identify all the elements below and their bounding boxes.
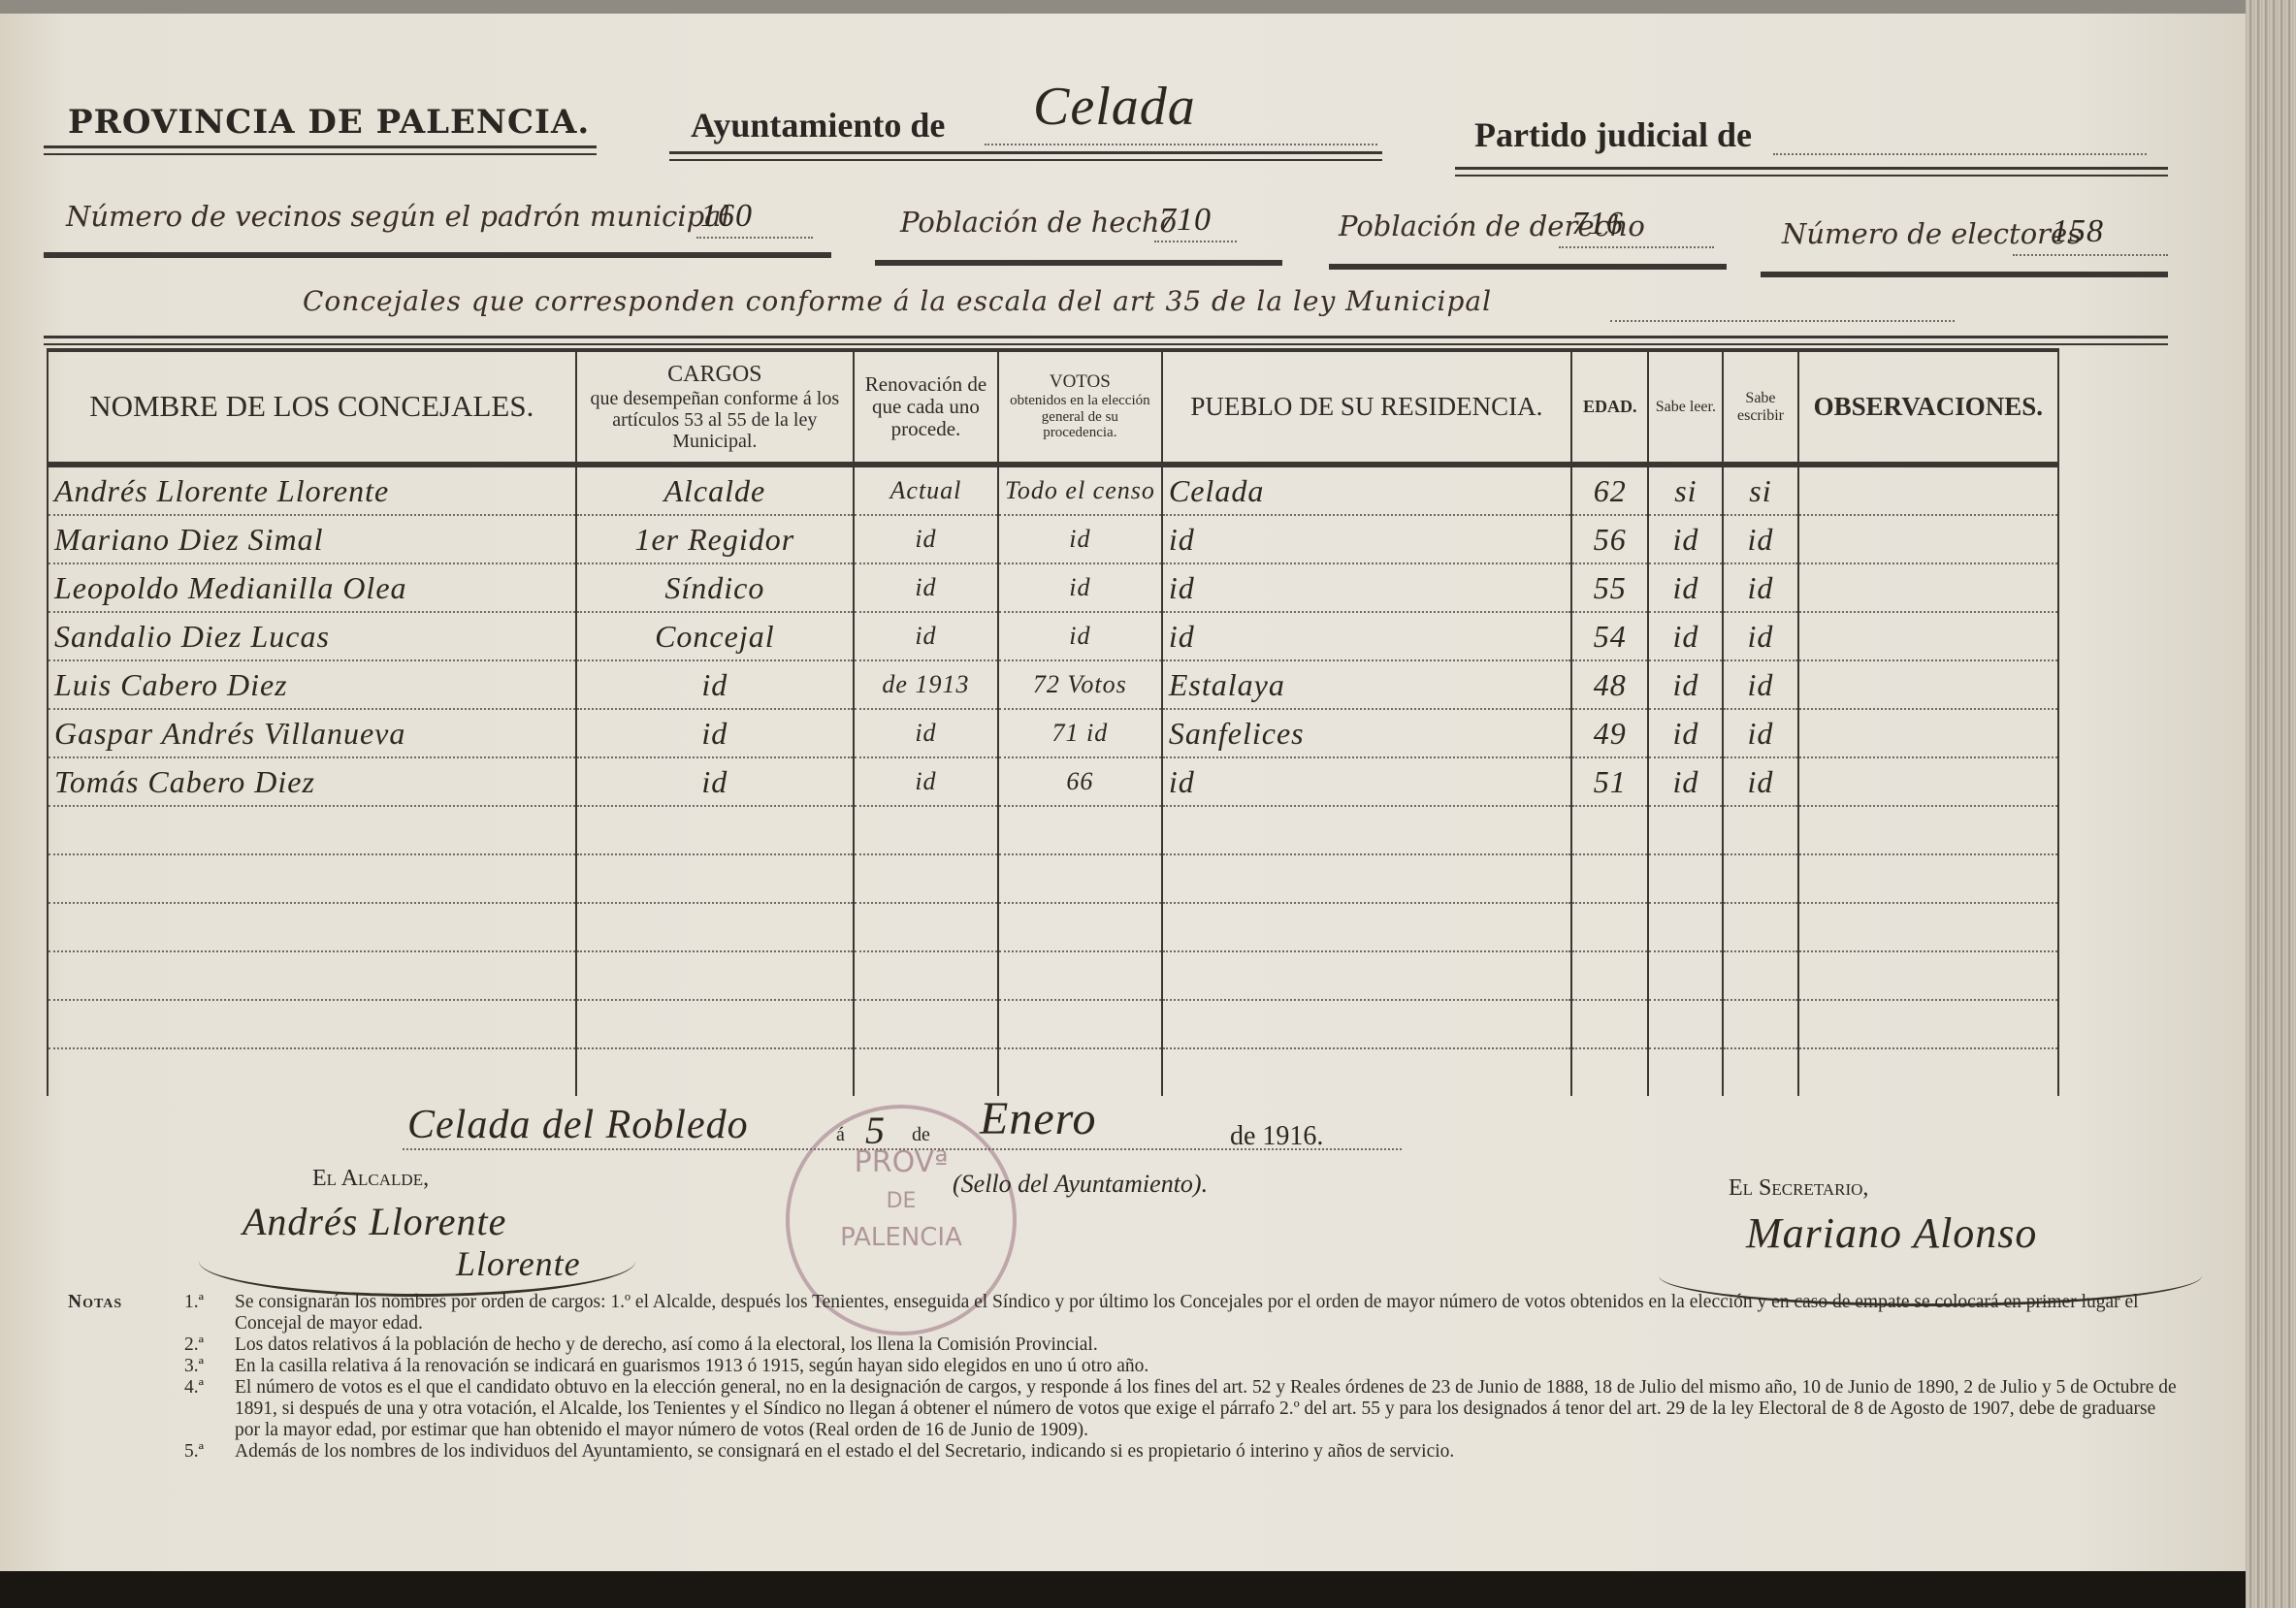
table-row: Leopoldo Medianilla OleaSíndicoididid55i… xyxy=(48,563,2058,612)
col-escribir: Sabe escribir xyxy=(1723,350,1797,465)
cell-leer xyxy=(1648,1048,1723,1096)
note-text: En la casilla relativa á la renovación s… xyxy=(235,1356,2183,1377)
cell-edad xyxy=(1571,951,1649,1000)
cell-obs xyxy=(1798,563,2058,612)
cell-leer: si xyxy=(1648,465,1723,515)
cell-cargo: Alcalde xyxy=(576,465,855,515)
cell-pueblo xyxy=(1162,1000,1571,1048)
notes-section: Notas 1.ª Se consignarán los nombres por… xyxy=(68,1292,2183,1463)
cell-leer xyxy=(1648,806,1723,854)
cell-nombre: Tomás Cabero Diez xyxy=(48,757,576,806)
col-observaciones: OBSERVACIONES. xyxy=(1798,350,2058,465)
cell-renovacion xyxy=(854,951,998,1000)
col-pueblo: PUEBLO DE SU RESIDENCIA. xyxy=(1162,350,1571,465)
cell-pueblo xyxy=(1162,806,1571,854)
divider xyxy=(44,252,831,258)
hecho-dots xyxy=(1154,239,1237,242)
alcalde-label: El Alcalde, xyxy=(312,1166,429,1192)
cell-renovacion: id xyxy=(854,563,998,612)
cell-pueblo: id xyxy=(1162,612,1571,660)
col-nombre: NOMBRE DE LOS CONCEJALES. xyxy=(48,350,576,465)
cell-cargo: id xyxy=(576,709,855,757)
cell-votos: id xyxy=(998,515,1162,563)
cell-obs xyxy=(1798,709,2058,757)
cell-cargo xyxy=(576,806,855,854)
table-row xyxy=(48,1048,2058,1096)
cell-votos: Todo el censo xyxy=(998,465,1162,515)
cell-votos xyxy=(998,854,1162,903)
cell-pueblo xyxy=(1162,854,1571,903)
cell-escribir xyxy=(1723,903,1797,951)
cell-obs xyxy=(1798,612,2058,660)
note-item: 4.ª El número de votos es el que el cand… xyxy=(68,1377,2183,1441)
note-item: 5.ª Además de los nombres de los individ… xyxy=(68,1441,2183,1463)
cell-escribir: si xyxy=(1723,465,1797,515)
cell-edad: 49 xyxy=(1571,709,1649,757)
cell-cargo xyxy=(576,903,855,951)
table-row xyxy=(48,951,2058,1000)
cell-escribir: id xyxy=(1723,757,1797,806)
cell-pueblo xyxy=(1162,1048,1571,1096)
cell-cargo: id xyxy=(576,757,855,806)
cell-escribir xyxy=(1723,951,1797,1000)
divider xyxy=(44,145,597,155)
cell-obs xyxy=(1798,465,2058,515)
cell-renovacion: id xyxy=(854,757,998,806)
cell-renovacion xyxy=(854,903,998,951)
divider xyxy=(1329,264,1727,270)
hecho-value: 710 xyxy=(1159,202,1212,239)
col-edad: EDAD. xyxy=(1571,350,1649,465)
cell-obs xyxy=(1798,806,2058,854)
cell-leer: id xyxy=(1648,709,1723,757)
dateline-year: de 1916. xyxy=(1230,1121,1323,1152)
cell-obs xyxy=(1798,660,2058,709)
cell-cargo: id xyxy=(576,660,855,709)
cell-obs xyxy=(1798,951,2058,1000)
dateline-place: Celada del Robledo xyxy=(407,1102,749,1148)
partido-label: Partido judicial de xyxy=(1474,114,1752,155)
cell-leer: id xyxy=(1648,612,1723,660)
cell-renovacion xyxy=(854,1048,998,1096)
cell-edad: 55 xyxy=(1571,563,1649,612)
cell-cargo: 1er Regidor xyxy=(576,515,855,563)
notes-label: Notas xyxy=(68,1292,184,1335)
table-row: Gaspar Andrés Villanuevaidid71 idSanfeli… xyxy=(48,709,2058,757)
cell-cargo xyxy=(576,1048,855,1096)
note-number: 2.ª xyxy=(184,1335,235,1356)
cell-leer xyxy=(1648,854,1723,903)
cell-votos: id xyxy=(998,612,1162,660)
cell-votos: 71 id xyxy=(998,709,1162,757)
cell-escribir xyxy=(1723,854,1797,903)
cell-votos xyxy=(998,1000,1162,1048)
cell-renovacion: id xyxy=(854,515,998,563)
cell-nombre xyxy=(48,806,576,854)
concejales-scale-line: Concejales que corresponden conforme á l… xyxy=(303,285,1492,317)
cell-nombre xyxy=(48,854,576,903)
table-row xyxy=(48,854,2058,903)
cell-cargo: Síndico xyxy=(576,563,855,612)
cell-pueblo xyxy=(1162,903,1571,951)
cell-renovacion: de 1913 xyxy=(854,660,998,709)
cell-renovacion xyxy=(854,854,998,903)
cell-renovacion xyxy=(854,1000,998,1048)
hecho-label: Población de hecho xyxy=(900,206,1177,239)
cell-edad xyxy=(1571,854,1649,903)
cell-pueblo: id xyxy=(1162,563,1571,612)
cell-renovacion: Actual xyxy=(854,465,998,515)
col-renovacion: Renovación de que cada uno procede. xyxy=(854,350,998,465)
cell-escribir: id xyxy=(1723,515,1797,563)
cell-cargo xyxy=(576,1000,855,1048)
cell-votos: 72 Votos xyxy=(998,660,1162,709)
cell-cargo xyxy=(576,854,855,903)
cell-obs xyxy=(1798,1000,2058,1048)
cell-escribir: id xyxy=(1723,612,1797,660)
cell-leer xyxy=(1648,1000,1723,1048)
col-cargos-title: CARGOS xyxy=(581,362,850,387)
divider xyxy=(1455,167,2168,177)
cell-votos: id xyxy=(998,563,1162,612)
table-row: Sandalio Diez LucasConcejalididid54idid xyxy=(48,612,2058,660)
electores-dots xyxy=(2013,252,2168,256)
vecinos-dots xyxy=(696,235,813,239)
derecho-dots xyxy=(1559,244,1714,248)
cell-edad: 62 xyxy=(1571,465,1649,515)
cell-obs xyxy=(1798,903,2058,951)
cell-nombre xyxy=(48,1048,576,1096)
seal-caption: (Sello del Ayuntamiento). xyxy=(953,1170,1208,1199)
cell-escribir: id xyxy=(1723,660,1797,709)
cell-leer: id xyxy=(1648,563,1723,612)
cell-escribir xyxy=(1723,806,1797,854)
note-item: Notas 1.ª Se consignarán los nombres por… xyxy=(68,1292,2183,1335)
col-votos-title: VOTOS xyxy=(1003,372,1157,393)
cell-nombre: Leopoldo Medianilla Olea xyxy=(48,563,576,612)
note-number: 3.ª xyxy=(184,1356,235,1377)
cell-nombre xyxy=(48,903,576,951)
cell-obs xyxy=(1798,515,2058,563)
cell-renovacion: id xyxy=(854,612,998,660)
cell-edad: 48 xyxy=(1571,660,1649,709)
derecho-value: 716 xyxy=(1571,206,1624,242)
cell-votos xyxy=(998,1048,1162,1096)
alcalde-flourish xyxy=(199,1226,635,1297)
cell-nombre: Mariano Diez Simal xyxy=(48,515,576,563)
cell-leer: id xyxy=(1648,660,1723,709)
cell-edad: 51 xyxy=(1571,757,1649,806)
province-title: PROVINCIA DE PALENCIA. xyxy=(68,103,590,142)
divider xyxy=(669,151,1382,161)
table-row: Mariano Diez Simal1er Regidorididid56idi… xyxy=(48,515,2058,563)
cell-renovacion: id xyxy=(854,709,998,757)
cell-nombre: Sandalio Diez Lucas xyxy=(48,612,576,660)
table-row: Andrés Llorente LlorenteAlcaldeActualTod… xyxy=(48,465,2058,515)
concejales-dots xyxy=(1610,318,1955,322)
cell-escribir: id xyxy=(1723,709,1797,757)
table-row: Tomás Cabero Diezidid66id51idid xyxy=(48,757,2058,806)
note-item: 2.ª Los datos relativos á la población d… xyxy=(68,1335,2183,1356)
ayuntamiento-dots xyxy=(985,142,1377,145)
cell-votos xyxy=(998,951,1162,1000)
cell-leer xyxy=(1648,903,1723,951)
concejales-table: NOMBRE DE LOS CONCEJALES. CARGOS que des… xyxy=(47,348,2059,1096)
stamp-text: PALENCIA xyxy=(790,1223,1013,1252)
cell-leer xyxy=(1648,951,1723,1000)
cell-nombre: Andrés Llorente Llorente xyxy=(48,465,576,515)
divider xyxy=(875,260,1282,266)
cell-obs xyxy=(1798,757,2058,806)
cell-renovacion xyxy=(854,806,998,854)
cell-escribir: id xyxy=(1723,563,1797,612)
note-number: 5.ª xyxy=(184,1441,235,1463)
cell-edad: 56 xyxy=(1571,515,1649,563)
table-row: Luis Cabero Diezidde 191372 VotosEstalay… xyxy=(48,660,2058,709)
book-page-edges xyxy=(2246,0,2296,1608)
cell-obs xyxy=(1798,1048,2058,1096)
cell-edad xyxy=(1571,1000,1649,1048)
document-page: PROVINCIA DE PALENCIA. Ayuntamiento de C… xyxy=(0,0,2250,1571)
note-text: Se consignarán los nombres por orden de … xyxy=(235,1292,2183,1335)
col-leer: Sabe leer. xyxy=(1648,350,1723,465)
cell-cargo xyxy=(576,951,855,1000)
dateline-month: Enero xyxy=(980,1092,1097,1145)
table-row xyxy=(48,1000,2058,1048)
cell-pueblo: id xyxy=(1162,515,1571,563)
divider xyxy=(44,336,2168,345)
cell-votos xyxy=(998,903,1162,951)
note-text: Además de los nombres de los individuos … xyxy=(235,1441,2183,1463)
cell-edad: 54 xyxy=(1571,612,1649,660)
cell-pueblo: Estalaya xyxy=(1162,660,1571,709)
cell-votos xyxy=(998,806,1162,854)
table-row xyxy=(48,806,2058,854)
cell-nombre xyxy=(48,951,576,1000)
table-row xyxy=(48,903,2058,951)
cell-nombre: Luis Cabero Diez xyxy=(48,660,576,709)
partido-field xyxy=(1773,151,2147,155)
ayuntamiento-label: Ayuntamiento de xyxy=(691,105,945,145)
note-number: 4.ª xyxy=(184,1377,235,1441)
col-votos: VOTOS obtenidos en la elección general d… xyxy=(998,350,1162,465)
col-cargos: CARGOS que desempeñan conforme á los art… xyxy=(576,350,855,465)
cell-votos: 66 xyxy=(998,757,1162,806)
vecinos-label: Número de vecinos según el padrón munici… xyxy=(66,200,730,233)
note-number: 1.ª xyxy=(184,1292,235,1335)
electores-label: Número de electores xyxy=(1782,217,2082,250)
cell-edad xyxy=(1571,806,1649,854)
cell-leer: id xyxy=(1648,757,1723,806)
col-votos-sub: obtenidos en la elección general de su p… xyxy=(1003,393,1157,441)
cell-leer: id xyxy=(1648,515,1723,563)
cell-obs xyxy=(1798,854,2058,903)
cell-edad xyxy=(1571,903,1649,951)
note-item: 3.ª En la casilla relativa á la renovaci… xyxy=(68,1356,2183,1377)
cell-pueblo: Celada xyxy=(1162,465,1571,515)
cell-pueblo: Sanfelices xyxy=(1162,709,1571,757)
cell-nombre: Gaspar Andrés Villanueva xyxy=(48,709,576,757)
secretario-label: El Secretario, xyxy=(1729,1175,1868,1202)
cell-cargo: Concejal xyxy=(576,612,855,660)
cell-pueblo: id xyxy=(1162,757,1571,806)
cell-escribir xyxy=(1723,1048,1797,1096)
cell-pueblo xyxy=(1162,951,1571,1000)
table-header-row: NOMBRE DE LOS CONCEJALES. CARGOS que des… xyxy=(48,350,2058,465)
electores-value: 158 xyxy=(2052,213,2104,250)
divider xyxy=(1761,272,2168,277)
vecinos-value: 160 xyxy=(700,198,753,235)
note-text: El número de votos es el que el candidat… xyxy=(235,1377,2183,1441)
col-cargos-sub: que desempeñan conforme á los artículos … xyxy=(581,388,850,452)
cell-escribir xyxy=(1723,1000,1797,1048)
cell-edad xyxy=(1571,1048,1649,1096)
note-text: Los datos relativos á la población de he… xyxy=(235,1335,2183,1356)
ayuntamiento-value: Celada xyxy=(1033,76,1196,138)
cell-nombre xyxy=(48,1000,576,1048)
